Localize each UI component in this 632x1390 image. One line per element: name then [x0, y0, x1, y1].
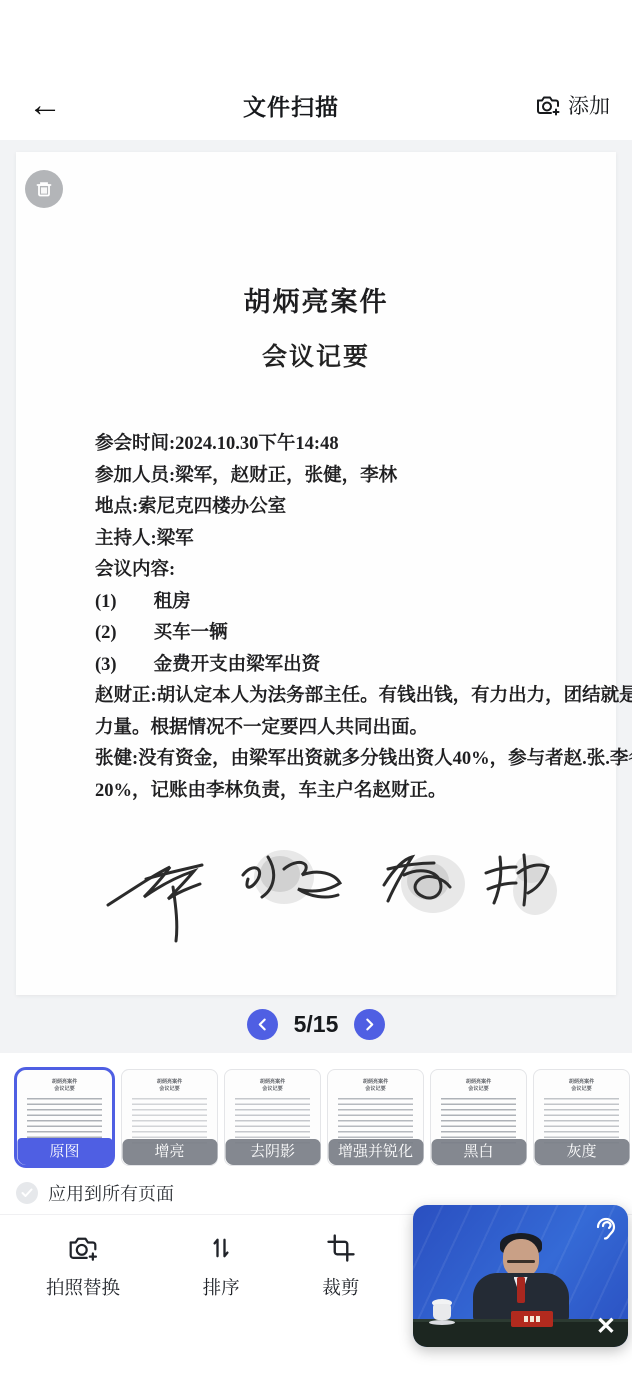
add-page-button[interactable]: 添加 — [512, 90, 632, 120]
tool-label: 拍照替换 — [46, 1274, 120, 1300]
tool-label: 裁剪 — [322, 1274, 359, 1300]
chevron-right-icon — [363, 1018, 376, 1031]
close-pip-button[interactable]: ✕ — [596, 1315, 616, 1339]
doc-line: 参加人员:梁军，赵财正，张健，李林 — [95, 461, 582, 493]
page-navigator: 5/15 — [0, 995, 632, 1053]
doc-line: 会议内容: — [95, 555, 582, 587]
filter-label: 黑白 — [431, 1139, 526, 1165]
doc-line: (1) 租房 — [95, 587, 582, 619]
signatures — [88, 829, 616, 944]
filter-grayscale[interactable]: 胡炳亮案件 会议记要 灰度 — [533, 1069, 630, 1166]
doc-line: 20%，记账由李林负责，车主户名赵财正。 — [95, 776, 582, 808]
document-body: 参会时间:2024.10.30下午14:48 参加人员:梁军，赵财正，张健，李林… — [16, 429, 616, 807]
mini-document-preview — [544, 1098, 618, 1144]
document-subtitle: 会议记要 — [16, 337, 616, 373]
doc-line: (2) 买车一辆 — [95, 618, 582, 650]
camera-plus-icon — [67, 1233, 99, 1263]
filter-label: 原图 — [17, 1138, 112, 1165]
filter-strip: 胡炳亮案件 会议记要 原图 胡炳亮案件 会议记要 增亮 胡炳亮案件 会议记要 去… — [0, 1053, 632, 1172]
mini-document-preview — [441, 1098, 515, 1144]
chevron-left-icon — [256, 1018, 269, 1031]
doc-line: 主持人:梁军 — [95, 524, 582, 556]
apply-all-label: 应用到所有页面 — [48, 1180, 174, 1206]
add-label: 添加 — [568, 90, 610, 120]
filter-brighten[interactable]: 胡炳亮案件 会议记要 增亮 — [121, 1069, 218, 1166]
camera-plus-icon — [535, 93, 561, 117]
apply-all-checkbox[interactable] — [16, 1182, 38, 1204]
document-scan-screen: ← 文件扫描 添加 — [0, 0, 632, 1390]
check-icon — [21, 1188, 33, 1198]
mini-document-preview — [338, 1098, 412, 1144]
filter-label: 增强并锐化 — [328, 1139, 423, 1165]
doc-line: (3) 金费开支由梁军出资 — [95, 650, 582, 682]
doc-line: 地点:索尼克四楼办公室 — [95, 492, 582, 524]
filter-remove-shadow[interactable]: 胡炳亮案件 会议记要 去阴影 — [224, 1069, 321, 1166]
filter-label: 灰度 — [534, 1139, 629, 1165]
tool-label: 排序 — [203, 1274, 240, 1300]
scanned-document: 胡炳亮案件 会议记要 参会时间:2024.10.30下午14:48 参加人员:梁… — [16, 152, 616, 995]
sort-button[interactable]: 排序 — [203, 1233, 240, 1332]
filter-label: 去阴影 — [225, 1139, 320, 1165]
header: ← 文件扫描 添加 — [0, 0, 632, 140]
teacup — [429, 1299, 455, 1325]
filter-label: 增亮 — [122, 1139, 217, 1165]
filter-black-white[interactable]: 胡炳亮案件 会议记要 黑白 — [430, 1069, 527, 1166]
crop-icon — [326, 1233, 356, 1263]
document-title: 胡炳亮案件 — [16, 280, 616, 319]
filter-enhance-sharpen[interactable]: 胡炳亮案件 会议记要 增强并锐化 — [327, 1069, 424, 1166]
doc-line: 力量。根据情况不一定要四人共同出面。 — [95, 713, 582, 745]
delete-page-button[interactable] — [25, 170, 63, 208]
mini-document-preview — [235, 1098, 309, 1144]
mini-document-preview — [132, 1098, 206, 1144]
page-indicator: 5/15 — [294, 1011, 339, 1038]
doc-line: 赵财正:胡认定本人为法务部主任。有钱出钱，有力出力，团结就是 — [95, 681, 582, 713]
filter-original[interactable]: 胡炳亮案件 会议记要 原图 — [14, 1067, 115, 1168]
name-placard — [511, 1311, 553, 1327]
preview-area: 胡炳亮案件 会议记要 参会时间:2024.10.30下午14:48 参加人员:梁… — [0, 140, 632, 1053]
pip-video-overlay[interactable]: ✕ — [413, 1205, 628, 1347]
listen-mode-icon[interactable] — [592, 1213, 618, 1241]
back-button[interactable]: ← — [0, 88, 70, 122]
retake-photo-button[interactable]: 拍照替换 — [46, 1233, 120, 1332]
page-title: 文件扫描 — [70, 89, 512, 122]
previous-page-button[interactable] — [247, 1009, 278, 1040]
next-page-button[interactable] — [354, 1009, 385, 1040]
signature-1 — [108, 865, 202, 941]
crop-button[interactable]: 裁剪 — [322, 1233, 359, 1332]
back-arrow-icon: ← — [28, 86, 62, 124]
doc-line: 张健:没有资金，由梁军出资就多分钱出资人40%，参与者赵.张.李各 — [95, 744, 582, 776]
sort-icon — [207, 1233, 235, 1263]
trash-icon — [34, 179, 54, 199]
doc-line: 参会时间:2024.10.30下午14:48 — [95, 429, 582, 461]
